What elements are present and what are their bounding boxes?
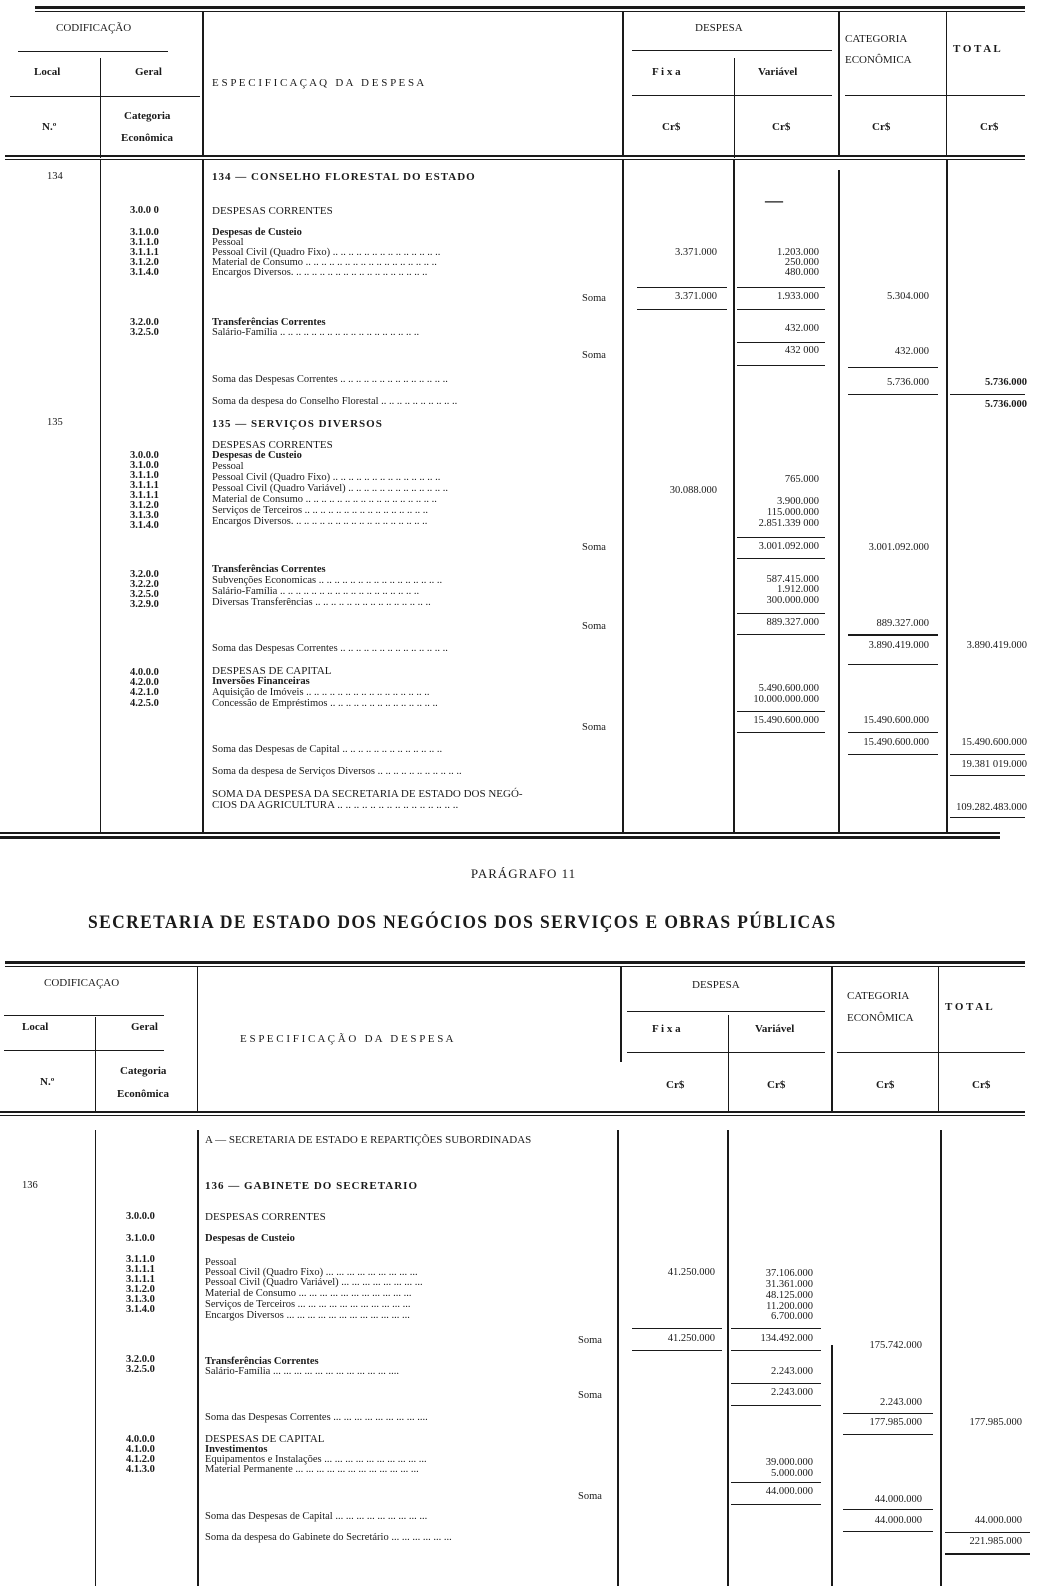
col-divider	[95, 1017, 96, 1113]
soma-categoria: 44.000.000	[875, 1495, 922, 1506]
subtotal-rule	[737, 342, 825, 343]
line-item: Pessoal Civil (Quadro Fixo) .. .. .. .. …	[212, 473, 440, 484]
subtotal-rule	[848, 732, 938, 733]
value-variavel: 48.125.000	[766, 1291, 813, 1302]
soma-categoria: 15.490.600.000	[863, 716, 929, 727]
soma-correntes-categoria: 5.736.000	[887, 378, 929, 389]
line-item: Pessoal	[212, 462, 244, 473]
section-title: 136 — GABINETE DO SECRETARIO	[205, 1181, 418, 1192]
soma-fixa: 3.371.000	[675, 292, 717, 303]
soma-label: Soma	[578, 1391, 602, 1402]
soma-correntes-categoria: 177.985.000	[870, 1418, 923, 1429]
soma-label: Soma	[582, 622, 606, 633]
header-rule	[4, 1015, 164, 1016]
col-divider	[727, 1130, 729, 1586]
currency-categoria: Cr$	[876, 1079, 894, 1091]
soma-variavel: 2.243.000	[771, 1388, 813, 1399]
soma-despesa-total: 5.736.000	[985, 400, 1027, 411]
soma-capital-label: Soma das Despesas de Capital .. .. .. ..…	[212, 745, 442, 756]
code: 4.2.1.0	[130, 688, 159, 699]
value-variavel: 3.900.000	[777, 497, 819, 508]
header-bottom-rule	[5, 155, 1025, 157]
subtotal-rule	[737, 287, 825, 288]
soma-correntes-total: 5.736.000	[985, 378, 1027, 389]
line-item: Encargos Diversos. .. .. .. .. .. .. .. …	[212, 268, 427, 279]
subtotal-rule	[737, 613, 825, 614]
col-divider	[100, 58, 101, 158]
soma-variavel: 3.001.092.000	[759, 542, 819, 553]
col-divider	[622, 160, 624, 832]
code: 3.1.4.0	[126, 1305, 155, 1316]
value-variavel: 37.106.000	[766, 1269, 813, 1280]
header-rule	[632, 95, 832, 96]
subtotal-rule	[950, 817, 1025, 818]
col-divider	[946, 160, 948, 832]
line-item: Pessoal Civil (Quadro Variável) .. .. ..…	[212, 484, 448, 495]
soma-secretaria-label: SOMA DA DESPESA DA SECRETARIA DE ESTADO …	[212, 789, 523, 800]
subtotal-rule	[843, 1531, 933, 1532]
subtotal-rule	[945, 1553, 1030, 1555]
soma-despesa-label: Soma da despesa do Conselho Florestal ..…	[212, 397, 457, 408]
header-numero: N.º	[40, 1076, 54, 1088]
soma-categoria: 2.243.000	[880, 1398, 922, 1409]
subtotal-rule	[945, 1532, 1030, 1533]
header-categoria: Categoria	[120, 1065, 166, 1077]
line-item: Salário-Família ... ... ... ... ... ... …	[205, 1367, 399, 1378]
header-rule	[837, 1052, 1025, 1053]
soma-label: Soma	[582, 294, 606, 305]
header-total: T O T A L	[953, 43, 1001, 55]
line-item: Pessoal Civil (Quadro Variável) ... ... …	[205, 1278, 423, 1289]
group-label: DESPESAS CORRENTES	[205, 1212, 326, 1223]
header-categoria-economica: CATEGORIA	[847, 990, 909, 1002]
header-bottom-rule	[0, 1115, 1025, 1116]
line-item: Encargos Diversos. .. .. .. .. .. .. .. …	[212, 517, 427, 528]
soma-correntes-categoria: 3.890.419.000	[869, 641, 929, 652]
subtotal-rule	[737, 558, 825, 559]
subtotal-rule	[637, 287, 727, 288]
soma-variavel: 134.492.000	[761, 1334, 814, 1345]
subtotal-rule	[950, 394, 1025, 395]
section-title: 135 — SERVIÇOS DIVERSOS	[212, 419, 383, 430]
value-variavel: 2.243.000	[771, 1367, 813, 1378]
local-number: 135	[47, 418, 63, 429]
header-especificacao: E S P E C I F I C A Ç A Q D A D E S P E …	[212, 77, 424, 89]
bottom-rule	[0, 832, 1000, 834]
col-divider	[831, 967, 833, 1113]
col-divider	[940, 1130, 942, 1586]
header-rule	[18, 51, 168, 52]
code: 3.1.4.0	[130, 268, 159, 279]
line-item: Salário-Família .. .. .. .. .. .. .. .. …	[212, 587, 419, 598]
header-economica: Econômica	[117, 1088, 169, 1100]
header-rule	[632, 50, 832, 51]
value-variavel: 1.912.000	[777, 585, 819, 596]
value-variavel: 31.361.000	[766, 1280, 813, 1291]
section-a-title: A — SECRETARIA DE ESTADO E REPARTIÇÕES S…	[205, 1135, 531, 1146]
soma-categoria: 432.000	[895, 347, 929, 358]
header-categoria-economica: CATEGORIA	[845, 33, 907, 45]
col-divider	[831, 1345, 833, 1586]
subtotal-rule	[848, 394, 938, 395]
soma-capital-categoria: 15.490.600.000	[863, 738, 929, 749]
section-title: 134 — CONSELHO FLORESTAL DO ESTADO	[212, 172, 476, 183]
value-variavel: 6.700.000	[771, 1312, 813, 1323]
subtotal-rule	[632, 1350, 722, 1351]
subtotal-rule	[731, 1383, 821, 1384]
subtotal-rule	[737, 537, 825, 538]
value-variavel: 10.000.000.000	[753, 695, 819, 706]
line-item: Aquisição de Imóveis .. .. .. .. .. .. .…	[212, 688, 430, 699]
soma-variavel: 889.327.000	[767, 618, 820, 629]
soma-categoria: 175.742.000	[870, 1341, 923, 1352]
soma-categoria: 5.304.000	[887, 292, 929, 303]
soma-variavel: 1.933.000	[777, 292, 819, 303]
line-item: Transferências Correntes	[212, 565, 326, 576]
col-divider	[202, 12, 204, 157]
value-variavel: 115.000.000	[767, 508, 819, 519]
soma-correntes-label: Soma das Despesas Correntes .. .. .. .. …	[212, 644, 448, 655]
currency-categoria: Cr$	[872, 121, 890, 133]
soma-categoria: 889.327.000	[877, 619, 930, 630]
subtotal-rule	[731, 1405, 821, 1406]
soma-label: Soma	[582, 723, 606, 734]
header-local: Local	[22, 1021, 48, 1033]
subtotal-rule	[737, 732, 825, 733]
soma-variavel: 15.490.600.000	[753, 716, 819, 727]
col-divider	[620, 967, 622, 1062]
line-item: Material Permanente ... ... ... ... ... …	[205, 1465, 419, 1476]
group-label: DESPESAS DE CAPITAL	[212, 666, 332, 677]
col-divider	[197, 1130, 199, 1586]
soma-variavel: 44.000.000	[766, 1487, 813, 1498]
bottom-rule	[0, 836, 1000, 839]
header-numero: N.º	[42, 121, 56, 133]
top-rule-thin	[35, 11, 1025, 12]
soma-capital-total: 15.490.600.000	[961, 738, 1027, 749]
header-variavel: Variável	[758, 66, 797, 78]
header-codificacao: CODIFICAÇÃO	[56, 22, 131, 34]
soma-despesa-label: Soma da despesa de Serviços Diversos .. …	[212, 767, 462, 778]
header-geral: Geral	[131, 1021, 158, 1033]
soma-secretaria-label: CIOS DA AGRICULTURA .. .. .. .. .. .. ..…	[212, 800, 458, 811]
line-item: Subvenções Economicas .. .. .. .. .. .. …	[212, 576, 442, 587]
value-variavel: 765.000	[785, 475, 819, 486]
col-divider	[838, 170, 840, 832]
currency-total: Cr$	[972, 1079, 990, 1091]
soma-fixa: 41.250.000	[668, 1334, 715, 1345]
code: 3.2.5.0	[126, 1365, 155, 1376]
col-divider	[838, 12, 840, 157]
paragrafo-heading: PARÁGRAFO 11	[0, 866, 1047, 882]
header-especificacao: E S P E C I F I C A Ç Ã O D A D E S P E …	[240, 1033, 453, 1045]
soma-secretaria-total: 109.282.483.000	[956, 803, 1027, 814]
header-despesa: DESPESA	[695, 22, 743, 34]
subtotal-rule	[737, 634, 825, 635]
value-fixa: 3.371.000	[675, 248, 717, 259]
value-fixa: 30.088.000	[670, 486, 717, 497]
header-rule	[845, 95, 1025, 96]
header-local: Local	[34, 66, 60, 78]
local-number: 134	[47, 172, 63, 183]
soma-correntes-total: 3.890.419.000	[967, 641, 1027, 652]
line-item: Despesas de Custeio	[212, 451, 302, 462]
header-categoria-economica: ECONÔMICA	[845, 54, 912, 66]
header-despesa: DESPESA	[692, 979, 740, 991]
code: 4.2.5.0	[130, 699, 159, 710]
line-item: Serviços de Terceiros .. .. .. .. .. .. …	[212, 506, 428, 517]
subtotal-rule	[731, 1504, 821, 1505]
header-rule	[627, 1011, 825, 1012]
subtotal-rule	[950, 754, 1025, 755]
subtotal-rule	[848, 634, 938, 636]
col-divider	[197, 967, 198, 1113]
line-item: Encargos Diversos ... ... ... ... ... ..…	[205, 1311, 410, 1322]
line-item: Despesas de Custeio	[205, 1234, 295, 1245]
header-total: T O T A L	[945, 1001, 993, 1013]
code: 3.1.0.0	[126, 1234, 155, 1245]
subtotal-rule	[843, 1509, 933, 1510]
line-item: Material de Consumo ... ... ... ... ... …	[205, 1289, 411, 1300]
col-divider	[734, 58, 735, 158]
subtotal-rule	[731, 1482, 821, 1483]
subtotal-rule	[848, 664, 938, 665]
group-label: DESPESAS CORRENTES	[212, 440, 333, 451]
soma-correntes-label: Soma das Despesas Correntes .. .. .. .. …	[212, 375, 448, 386]
subtotal-rule	[737, 365, 825, 366]
col-divider	[617, 1130, 619, 1586]
currency-fixa: Cr$	[666, 1079, 684, 1091]
value-fixa: 41.250.000	[668, 1268, 715, 1279]
col-divider	[938, 967, 939, 1113]
line-item: Concessão de Empréstimos .. .. .. .. .. …	[212, 699, 438, 710]
budget-table-2: CODIFICAÇAO Local Geral N.º Categoria Ec…	[0, 955, 1047, 1586]
value-variavel: 480.000	[785, 268, 819, 279]
top-rule	[35, 6, 1025, 9]
currency-variavel: Cr$	[767, 1079, 785, 1091]
group-label: DESPESAS DE CAPITAL	[205, 1434, 325, 1445]
subtotal-rule	[731, 1328, 821, 1329]
subtotal-rule	[632, 1328, 722, 1329]
col-divider	[100, 160, 101, 832]
subtotal-rule	[843, 1434, 933, 1435]
subtotal-rule	[637, 309, 727, 310]
col-divider	[95, 1130, 96, 1586]
subtotal-rule	[950, 775, 1025, 776]
soma-label: Soma	[582, 543, 606, 554]
subtotal-rule	[731, 1350, 821, 1351]
subtotal-rule	[737, 711, 825, 712]
col-divider	[202, 160, 204, 832]
local-number: 136	[22, 1181, 38, 1192]
header-bottom-rule	[0, 1111, 1025, 1113]
soma-despesa-total: 19.381 019.000	[961, 760, 1027, 771]
dash-mark: —	[765, 190, 783, 211]
soma-label: Soma	[578, 1336, 602, 1347]
soma-correntes-label: Soma das Despesas Correntes ... ... ... …	[205, 1413, 428, 1424]
currency-fixa: Cr$	[662, 121, 680, 133]
header-categoria: Categoria	[124, 110, 170, 122]
code: 3.0.0 0	[130, 206, 159, 217]
value-variavel: 5.490.600.000	[759, 684, 819, 695]
soma-despesa-total: 221.985.000	[970, 1537, 1023, 1548]
header-rule	[4, 1050, 164, 1051]
header-bottom-rule	[5, 159, 1025, 160]
col-divider	[622, 12, 624, 157]
col-divider	[946, 12, 947, 157]
top-rule-thin	[5, 966, 1025, 967]
line-item: Serviços de Terceiros ... ... ... ... ..…	[205, 1300, 411, 1311]
budget-table-1: CODIFICAÇÃO Local Geral N.º Categoria Ec…	[0, 0, 1047, 840]
code: 3.1.4.0	[130, 521, 159, 532]
line-item: Diversas Transferências .. .. .. .. .. .…	[212, 598, 431, 609]
value-variavel: 432.000	[785, 324, 819, 335]
soma-capital-label: Soma das Despesas de Capital ... ... ...…	[205, 1512, 427, 1523]
value-variavel: 5.000.000	[771, 1469, 813, 1480]
value-variavel: 39.000.000	[766, 1458, 813, 1469]
col-divider	[733, 160, 735, 832]
header-economica: Econômica	[121, 132, 173, 144]
soma-categoria: 3.001.092.000	[869, 543, 929, 554]
value-variavel: 2.851.339 000	[759, 519, 819, 530]
header-geral: Geral	[135, 66, 162, 78]
header-variavel: Variável	[755, 1023, 794, 1035]
header-categoria-economica: ECONÔMICA	[847, 1012, 914, 1024]
header-rule	[627, 1052, 825, 1053]
soma-despesa-label: Soma da despesa do Gabinete do Secretári…	[205, 1533, 452, 1544]
secretaria-title: SECRETARIA DE ESTADO DOS NEGÓCIOS DOS SE…	[88, 912, 837, 934]
subtotal-rule	[737, 309, 825, 310]
soma-capital-categoria: 44.000.000	[875, 1516, 922, 1527]
group-label: DESPESAS CORRENTES	[212, 206, 333, 217]
soma-variavel: 432 000	[785, 346, 819, 357]
header-fixa: F i x a	[652, 1023, 681, 1035]
soma-correntes-total: 177.985.000	[970, 1418, 1023, 1429]
currency-variavel: Cr$	[772, 121, 790, 133]
code: 4.1.3.0	[126, 1465, 155, 1476]
subtotal-rule	[848, 754, 938, 755]
value-variavel: 300.000.000	[767, 596, 820, 607]
header-fixa: F i x a	[652, 66, 681, 78]
line-item: Material de Consumo .. .. .. .. .. .. ..…	[212, 495, 437, 506]
code: 3.0.0.0	[126, 1212, 155, 1223]
header-rule	[10, 96, 200, 97]
col-divider	[728, 1015, 729, 1113]
soma-capital-total: 44.000.000	[975, 1516, 1022, 1527]
soma-label: Soma	[582, 351, 606, 362]
header-codificacao: CODIFICAÇAO	[44, 977, 119, 989]
subtotal-rule	[848, 367, 938, 368]
code: 3.2.9.0	[130, 600, 159, 611]
top-rule	[5, 961, 1025, 964]
line-item: Inversões Financeiras	[212, 677, 310, 688]
currency-total: Cr$	[980, 121, 998, 133]
soma-label: Soma	[578, 1492, 602, 1503]
line-item: Salário-Família .. .. .. .. .. .. .. .. …	[212, 328, 419, 339]
subtotal-rule	[843, 1413, 933, 1414]
code: 3.2.5.0	[130, 328, 159, 339]
